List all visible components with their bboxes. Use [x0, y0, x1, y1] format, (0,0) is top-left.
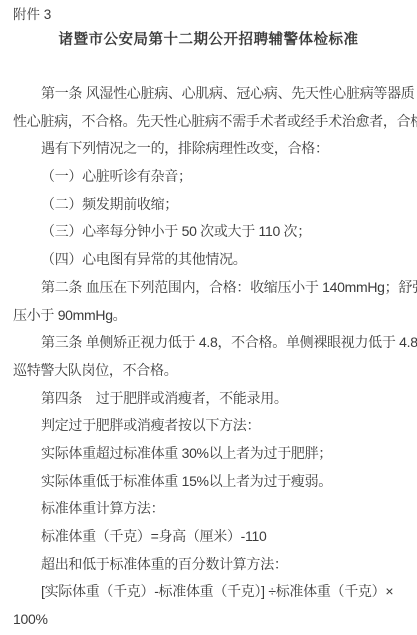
body-line: 遇有下列情况之一的，排除病理性改变，合格： [13, 135, 407, 163]
body-line: 性心脏病，不合格。先天性心脏病不需手术者或经手术治愈者，合格。 [13, 108, 407, 136]
body-line: 第一条 风湿性心脏病、心肌病、冠心病、先天性心脏病等器质 [13, 80, 407, 108]
body-line: 第三条 单侧矫正视力低于 4.8，不合格。单侧裸眼视力低于 4.8， [13, 329, 407, 357]
attachment-label: 附件 3 [13, 7, 51, 23]
body-line: 100% [13, 606, 407, 634]
body-line: 第四条 过于肥胖或消瘦者，不能录用。 [13, 385, 407, 413]
body-line: 实际体重低于标准体重 15%以上者为过于瘦弱。 [13, 468, 407, 496]
body-line: （一）心脏听诊有杂音； [13, 163, 407, 191]
body-line: 第二条 血压在下列范围内，合格：收缩压小于 140mmHg；舒张 [13, 274, 407, 302]
body-line: 巡特警大队岗位，不合格。 [13, 357, 407, 385]
body-line: [实际体重（千克）-标准体重（千克）] ÷标准体重（千克）× [13, 578, 407, 606]
body-line: 判定过于肥胖或消瘦者按以下方法： [13, 412, 407, 440]
document-title: 诸暨市公安局第十二期公开招聘辅警体检标准 [0, 31, 417, 50]
body-line: 超出和低于标准体重的百分数计算方法： [13, 551, 407, 579]
body-line: （三）心率每分钟小于 50 次或大于 110 次； [13, 218, 407, 246]
body-line: （四）心电图有异常的其他情况。 [13, 246, 407, 274]
body-line: （二）频发期前收缩； [13, 191, 407, 219]
body-line: 标准体重计算方法： [13, 495, 407, 523]
body-line: 压小于 90mmHg。 [13, 302, 407, 330]
document-body: 第一条 风湿性心脏病、心肌病、冠心病、先天性心脏病等器质 性心脏病，不合格。先天… [13, 80, 407, 634]
body-line: 实际体重超过标准体重 30%以上者为过于肥胖； [13, 440, 407, 468]
body-line: 标准体重（千克）=身高（厘米）-110 [13, 523, 407, 551]
document-page: 附件 3 诸暨市公安局第十二期公开招聘辅警体检标准 第一条 风湿性心脏病、心肌病… [0, 0, 417, 635]
